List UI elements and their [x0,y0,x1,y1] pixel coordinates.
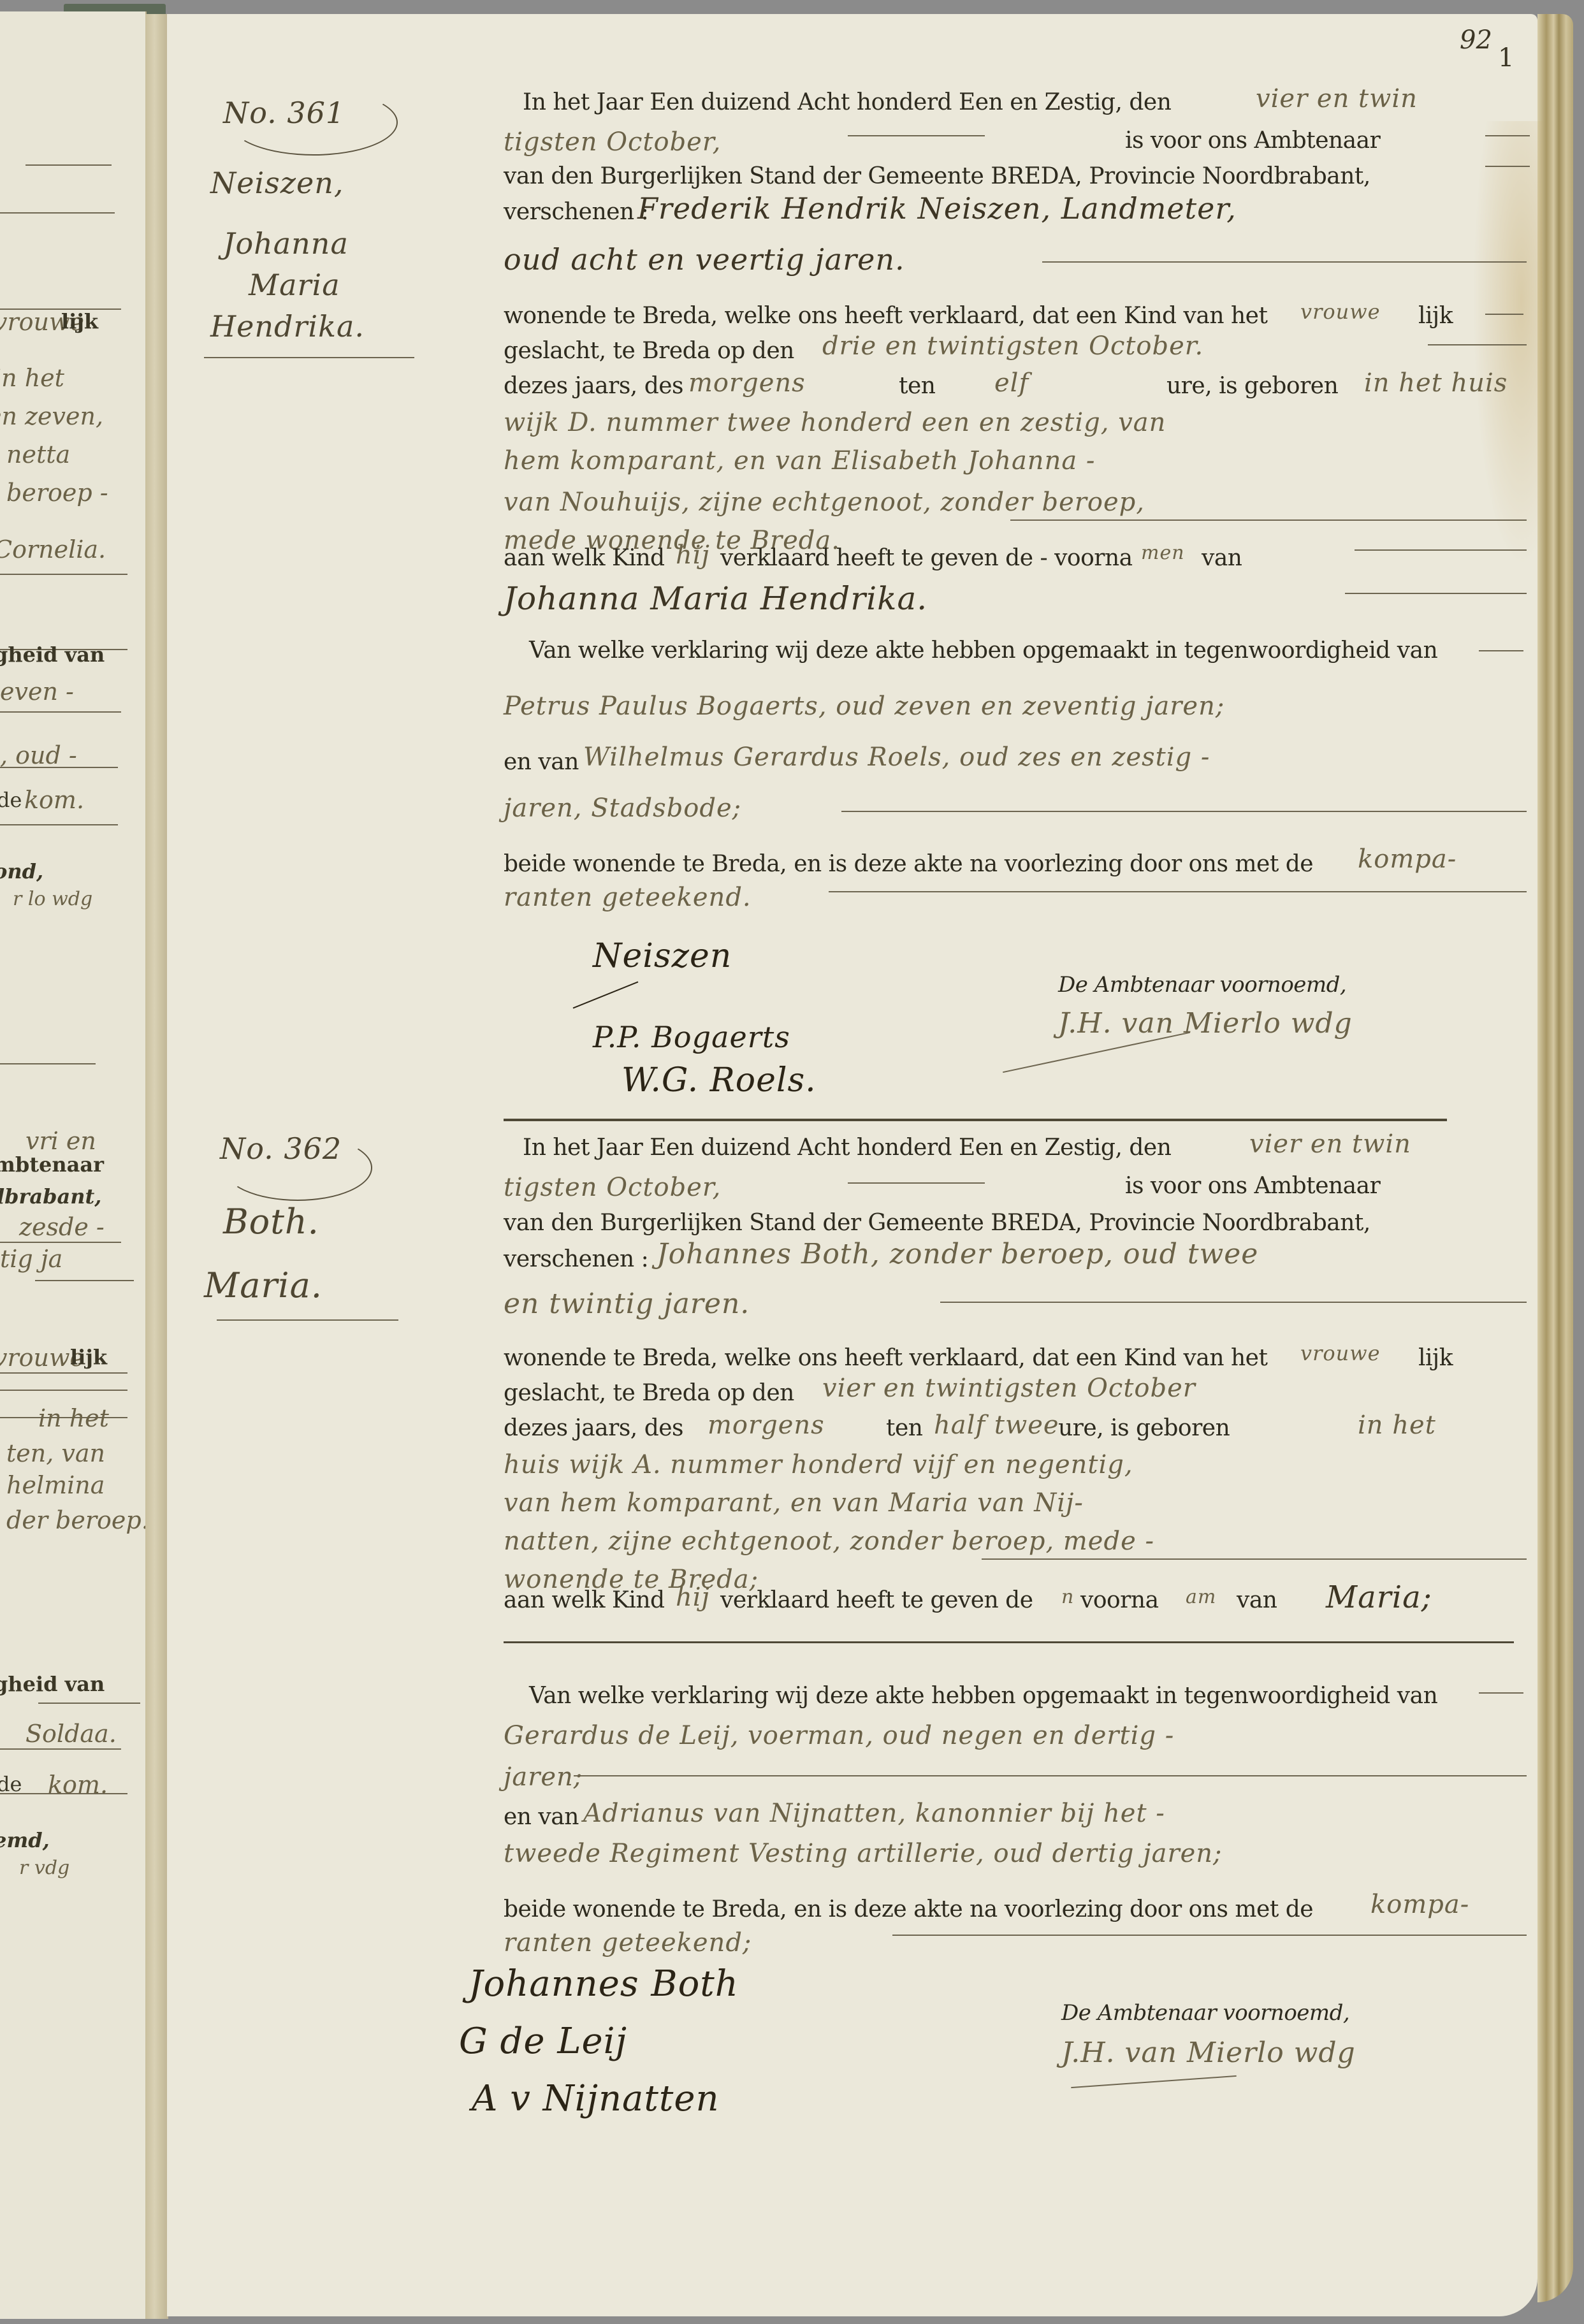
fragment-hand: der beroep. [6,1506,147,1534]
printed-text: In het Jaar Een duizend Acht honderd Een… [523,89,1171,115]
fragment-printed: gheid van [0,643,105,667]
printed-text: ten [886,1415,922,1441]
book-gutter [145,14,168,2319]
handwritten-entry: ranten geteekend. [504,883,752,912]
handwritten-entry: in het [1358,1411,1436,1440]
margin-given-name: Johanna [223,226,349,261]
rule [25,164,112,166]
printed-text: voorna [1080,1587,1159,1613]
handwritten-entry: vrouwe [1300,300,1381,324]
printed-text: In het Jaar Een duizend Acht honderd Een… [523,1135,1171,1161]
margin-rule [217,1319,398,1321]
handwritten-entry: vrouwe [1300,1341,1381,1365]
fill-rule [848,1182,985,1184]
fill-rule [1485,166,1530,167]
handwritten-entry: drie en twintigsten October. [822,331,1203,361]
fill-rule [841,811,1527,812]
handwritten-entry: jaren; [504,1762,583,1792]
record-number: No. 361 [223,96,345,130]
rule [0,1748,121,1750]
margin-given-name: Maria. [204,1265,323,1305]
margin-given-name: Hendrika. [210,309,365,344]
fragment-printed: de [0,788,22,812]
printed-text: lijk [1418,1345,1453,1371]
fragment-hand: r vdg [19,1857,69,1879]
handwritten-entry: tweede Regiment Vesting artillerie, oud … [504,1839,1223,1868]
handwritten-entry: huis wijk A. nummer honderd vijf en nege… [504,1450,1133,1479]
printed-text: van [1202,545,1242,571]
handwritten-entry: tigsten October, [504,1173,721,1202]
fill-rule [1345,593,1527,594]
rule [0,1063,96,1064]
fill-rule [1428,344,1527,345]
left-page-fragment: vrouwe lijk in het en zeven, nettа beroe… [0,11,147,2319]
fragment-hand: en zeven, [0,402,103,430]
fill-rule [1485,314,1523,315]
printed-text: en van [504,749,579,775]
margin-surname: Neiszen, [210,166,344,200]
handwritten-entry: ranten geteekend; [504,1928,752,1957]
handwritten-entry: Petrus Paulus Bogaerts, oud zeven en zev… [504,692,1224,721]
signature-witness: A v Nijnatten [472,2078,720,2119]
fill-rule [574,1775,1527,1776]
fill-rule [982,1558,1527,1560]
fragment-hand: vri en [25,1127,96,1155]
handwritten-entry: natten, zijne echtgenoot, zonder beroep,… [504,1527,1154,1556]
fill-rule [848,135,985,136]
handwritten-entry: wijk D. nummer twee honderd een en zesti… [504,408,1166,437]
handwritten-entry: half twee [934,1411,1059,1440]
handwritten-entry: Gerardus de Leij, voerman, oud negen en … [504,1721,1174,1750]
rule [0,574,127,575]
fragment-hand: nettа [6,440,70,468]
fragment-hand: zesde - [19,1213,105,1241]
handwritten-entry: hij [676,541,710,570]
official-label: De Ambtenaar voornoemd, [1058,972,1346,998]
fragment-printed: lbrabant, [0,1184,101,1209]
handwritten-entry: men [1141,542,1185,564]
fragment-printed: mbtenaar [0,1152,104,1177]
fragment-hand: ten, van [6,1439,105,1467]
fragment-hand: in het [38,1404,109,1432]
printed-text: geslacht, te Breda op den [504,1380,794,1406]
handwritten-entry: morgens [708,1411,825,1440]
handwritten-entry: elf [994,368,1029,398]
rule [38,1703,140,1704]
printed-text: verklaard heeft te geven de - voorna [720,545,1133,571]
fill-rule [829,891,1527,892]
fill-rule [1479,650,1523,651]
handwritten-entry: kompa- [1358,845,1457,874]
record-number: No. 362 [220,1131,342,1166]
handwritten-entry: hem komparant, en van Elisabeth Johanna … [504,446,1095,476]
printed-text: Van welke verklaring wij deze akte hebbe… [529,637,1437,664]
rule [0,212,115,214]
page-edges [1537,14,1573,2302]
handwritten-entry: van Nouhuijs, zijne echtgenoot, zonder b… [504,488,1145,517]
fragment-hand: Cornelia. [0,535,106,563]
rule [0,1372,127,1374]
handwritten-entry: en twintig jaren. [504,1288,750,1320]
signature-official: J.H. van Mierlo wdg [1061,2037,1356,2069]
signature-official: J.H. van Mierlo wdg [1058,1007,1353,1040]
handwritten-entry: in het huis [1364,368,1508,398]
printed-text: van den Burgerlijken Stand der Gemeente … [504,1210,1370,1236]
page-number-mark: 1 [1498,43,1514,73]
signature-witness: P.P. Bogaerts [593,1020,790,1054]
printed-text: beide wonende te Breda, en is deze akte … [504,851,1313,877]
printed-text: ure, is geboren [1058,1415,1230,1441]
handwritten-entry: vier en twintigsten October [822,1374,1196,1403]
fragment-hand: in het [0,364,64,392]
printed-text: verschenen : [504,199,648,225]
child-name: Johanna Maria Hendrika. [504,580,927,617]
handwritten-entry: kompa- [1370,1890,1469,1919]
fragment-printed: gheid van [0,1672,105,1696]
margin-surname: Both. [223,1202,319,1242]
fill-rule [892,1935,1527,1936]
fill-rule [1042,261,1527,263]
printed-text: geslacht, te Breda op den [504,338,794,364]
fragment-printed: lijk [61,309,98,333]
fragment-printed: de [0,1772,22,1796]
fragment-hand: Soldaa. [25,1720,117,1748]
printed-text: is voor ons Ambtenaar [1125,127,1380,154]
printed-text: verklaard heeft te geven de [720,1587,1033,1613]
handwritten-entry: vier en twin [1256,84,1418,113]
fill-rule [504,1641,1514,1643]
signature-witness: W.G. Roels. [621,1061,817,1100]
handwritten-entry: Frederik Hendrik Neiszen, Landmeter, [637,191,1237,226]
rule [0,1242,121,1243]
fragment-printed: lijk [70,1345,107,1369]
rule [0,824,118,825]
official-label: De Ambtenaar voornoemd, [1061,2000,1349,2026]
handwritten-entry: oud acht en veertig jaren. [504,242,905,277]
fill-rule [940,1302,1527,1303]
handwritten-entry: van hem komparant, en van Maria van Nij- [504,1488,1084,1518]
rule [0,711,121,713]
fragment-hand: beroep - [6,479,108,507]
printed-text: dezes jaars, des [504,1415,683,1441]
fill-rule [1479,1692,1523,1694]
rule [0,1390,127,1391]
printed-text: aan welk Kind [504,545,665,571]
handwritten-entry: hij [676,1583,710,1612]
fill-rule [1355,549,1527,551]
handwritten-entry: tigsten October, [504,127,721,157]
rule [35,1280,134,1281]
handwritten-entry: jaren, Stadsbode; [504,794,741,823]
signature-witness: G de Leij [459,2021,627,2062]
handwritten-entry: morgens [688,368,806,398]
record-separator [504,1119,1447,1121]
page-number: 92 [1460,25,1492,55]
printed-text: lijk [1418,303,1453,329]
printed-text: aan welk Kind [504,1587,665,1613]
fill-rule [1485,135,1530,136]
margin-rule [204,357,414,358]
printed-text: beide wonende te Breda, en is deze akte … [504,1896,1313,1922]
fragment-hand: helmina [6,1471,105,1499]
signature-declarant: Johannes Both [469,1963,739,2005]
printed-text: Van welke verklaring wij deze akte hebbe… [529,1683,1437,1709]
printed-text: wonende te Breda, welke ons heeft verkla… [504,1345,1267,1371]
handwritten-entry: n [1061,1586,1074,1608]
handwritten-entry: am [1186,1586,1216,1608]
signature-declarant: Neiszen [593,937,732,975]
fragment-hand: kom. [48,1771,108,1799]
fragment-printed: emd, [0,1828,50,1852]
printed-text: wonende te Breda, welke ons heeft verkla… [504,303,1267,329]
handwritten-entry: Adrianus van Nijnatten, kanonnier bij he… [583,1799,1165,1828]
fragment-hand: kom. [24,786,84,814]
child-name: Maria; [1326,1580,1432,1615]
fill-rule [1010,519,1527,521]
fragment-hand: even - [0,678,74,706]
printed-text: verschenen : [504,1246,648,1272]
printed-text: ure, is geboren [1166,373,1338,399]
printed-text: en van [504,1804,579,1830]
margin-given-name: Maria [249,268,340,302]
handwritten-entry: Wilhelmus Gerardus Roels, oud zes en zes… [583,743,1210,772]
printed-text: dezes jaars, des [504,373,683,399]
fragment-printed: ond, [0,859,43,883]
fragment-hand: r lo wdg [13,888,92,910]
printed-text: is voor ons Ambtenaar [1125,1173,1380,1199]
handwritten-entry: Johannes Both, zonder beroep, oud twee [657,1238,1258,1270]
printed-text: van den Burgerlijken Stand der Gemeente … [504,163,1370,189]
handwritten-entry: vier en twin [1249,1129,1411,1159]
printed-text: van [1237,1587,1277,1613]
fragment-hand: , oud - [0,741,77,769]
printed-text: ten [899,373,935,399]
fragment-hand: tig ja [0,1245,62,1273]
